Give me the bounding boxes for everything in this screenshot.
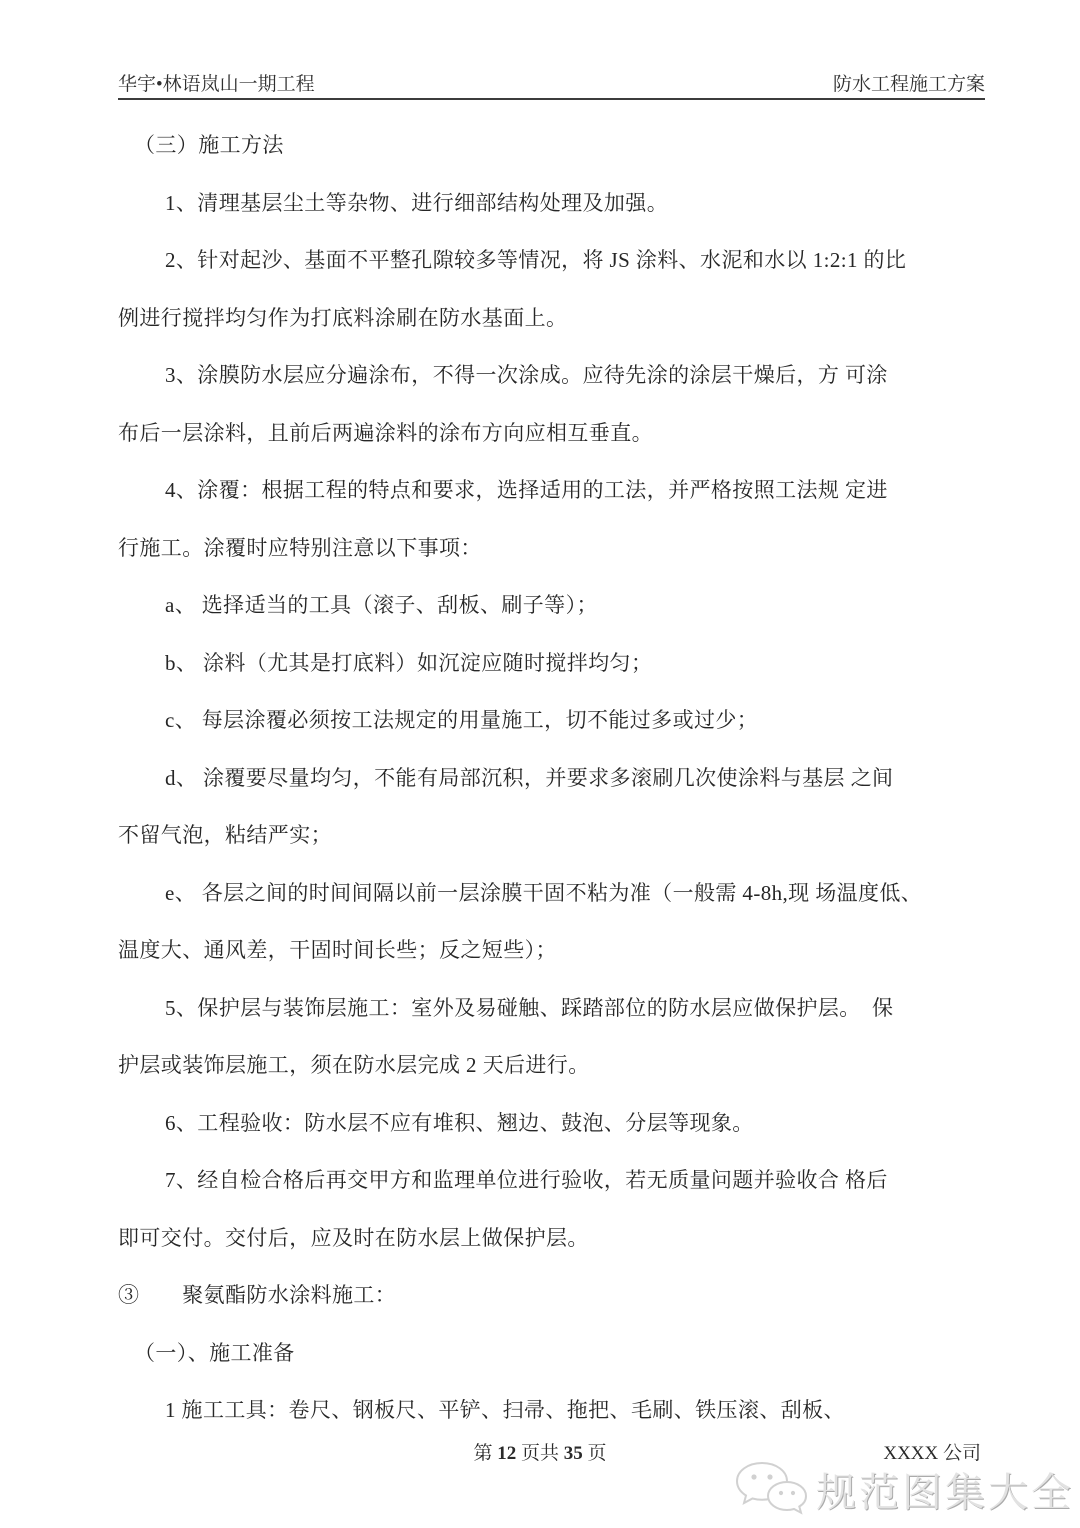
body-line: d、 涂覆要尽量均匀，不能有局部沉积，并要求多滚刷几次使涂料与基层 之间 <box>118 750 985 808</box>
body-line: c、 每层涂覆必须按工法规定的用量施工，切不能过多或过少； <box>118 692 985 750</box>
body-line: 3、涂膜防水层应分遍涂布，不得一次涂成。应待先涂的涂层干燥后，方 可涂 <box>118 347 985 405</box>
page-middle: 页共 <box>516 1443 564 1464</box>
watermark-text: 规范图集大全 <box>816 1461 1074 1518</box>
page-suffix: 页 <box>583 1443 607 1464</box>
body-line: a、 选择适当的工具（滚子、刮板、刷子等）； <box>118 577 985 635</box>
body-line: 1 施工工具：卷尺、钢板尺、平铲、扫帚、拖把、毛刷、铁压滚、刮板、 <box>118 1382 985 1440</box>
watermark: 规范图集大全 <box>734 1460 1074 1518</box>
body-line: 5、保护层与装饰层施工：室外及易碰触、踩踏部位的防水层应做保护层。 保 <box>118 980 985 1038</box>
body-line: 布后一层涂料，且前后两遍涂料的涂布方向应相互垂直。 <box>118 405 985 463</box>
body-line: （三）施工方法 <box>118 117 985 175</box>
body-line: 温度大、通风差，干固时间长些；反之短些）； <box>118 922 985 980</box>
body-line: ③ 聚氨酯防水涂料施工： <box>118 1267 985 1325</box>
body-line: （一）、施工准备 <box>118 1325 985 1383</box>
page-current: 12 <box>497 1443 516 1464</box>
body-line: 1、清理基层尘土等杂物、进行细部结构处理及加强。 <box>118 175 985 233</box>
body-line: 不留气泡，粘结严实； <box>118 807 985 865</box>
page-header: 华宇•林语岚山一期工程 防水工程施工方案 <box>118 74 985 100</box>
body-line: 例进行搅拌均匀作为打底料涂刷在防水基面上。 <box>118 290 985 348</box>
body-line: 7、经自检合格后再交甲方和监理单位进行验收，若无质量问题并验收合 格后 <box>118 1152 985 1210</box>
document-page: 华宇•林语岚山一期工程 防水工程施工方案 （三）施工方法1、清理基层尘土等杂物、… <box>0 0 1080 1528</box>
body-line: e、 各层之间的时间间隔以前一层涂膜干固不粘为准（一般需 4-8h,现 场温度低… <box>118 865 985 923</box>
body-line: 2、针对起沙、基面不平整孔隙较多等情况，将 JS 涂料、水泥和水以 1:2:1 … <box>118 232 985 290</box>
header-project-title: 华宇•林语岚山一期工程 <box>118 74 315 96</box>
page-total: 35 <box>564 1443 583 1464</box>
body-line: 即可交付。交付后，应及时在防水层上做保护层。 <box>118 1210 985 1268</box>
body-line: b、 涂料（尤其是打底料）如沉淀应随时搅拌均匀； <box>118 635 985 693</box>
body-line: 行施工。涂覆时应特别注意以下事项： <box>118 520 985 578</box>
page-prefix: 第 <box>473 1443 497 1464</box>
body-line: 护层或装饰层施工，须在防水层完成 2 天后进行。 <box>118 1037 985 1095</box>
document-body: （三）施工方法1、清理基层尘土等杂物、进行细部结构处理及加强。2、针对起沙、基面… <box>118 117 985 1440</box>
body-line: 6、工程验收：防水层不应有堆积、翘边、鼓泡、分层等现象。 <box>118 1095 985 1153</box>
wechat-icon <box>734 1460 808 1518</box>
body-line: 4、涂覆：根据工程的特点和要求，选择适用的工法，并严格按照工法规 定进 <box>118 462 985 520</box>
header-document-title: 防水工程施工方案 <box>833 74 985 96</box>
